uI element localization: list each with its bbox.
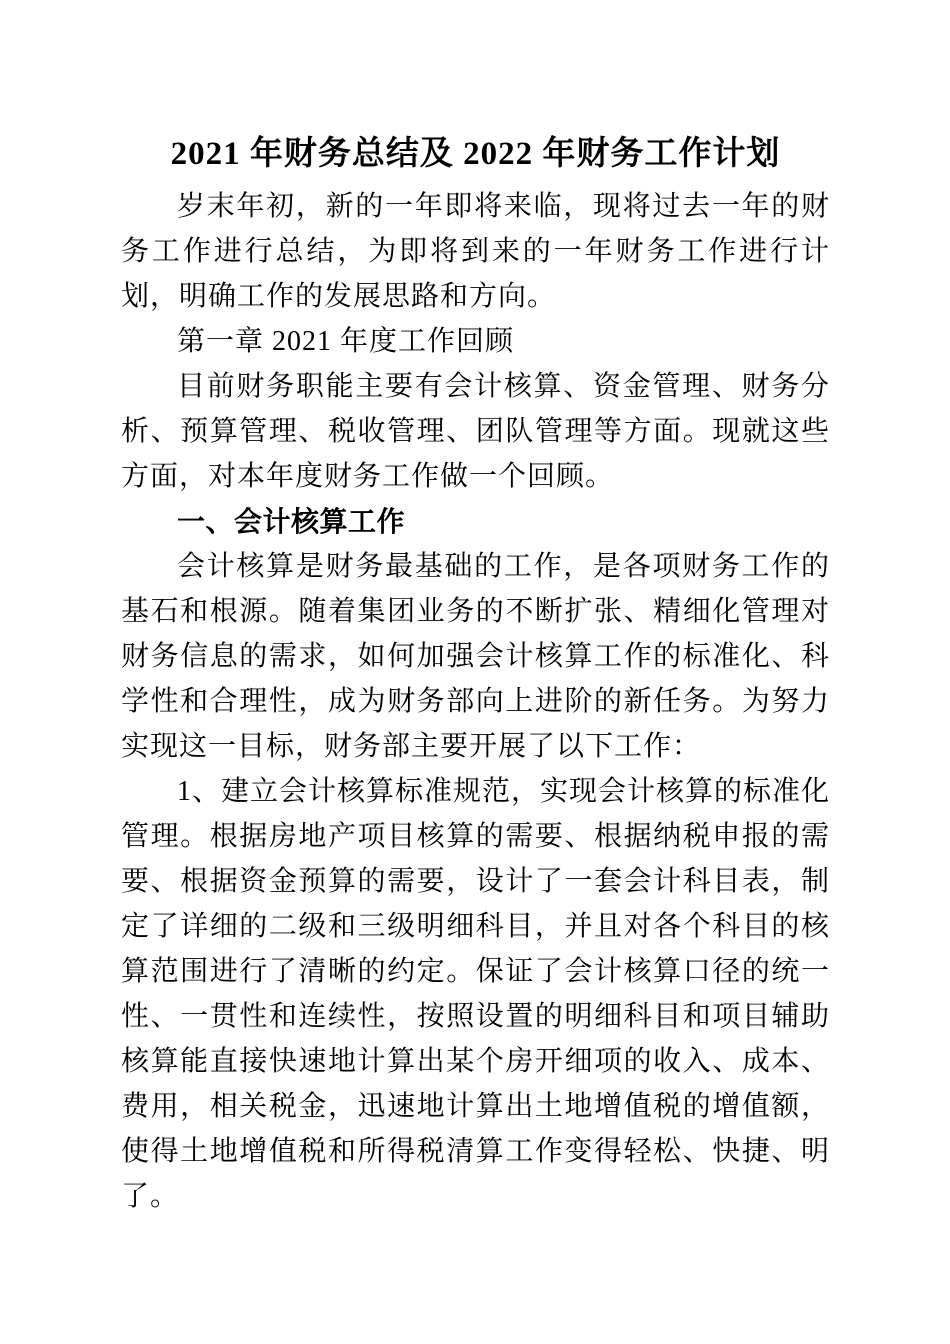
- page-title: 2021 年财务总结及 2022 年财务工作计划: [121, 130, 830, 178]
- paragraph-accounting-intro: 会计核算是财务最基础的工作，是各项财务工作的基石和根源。随着集团业务的不断扩张、…: [121, 544, 830, 769]
- section-heading-accounting: 一、会计核算工作: [121, 499, 830, 544]
- paragraph-accounting-item1: 1、建立会计核算标准规范，实现会计核算的标准化管理。根据房地产项目核算的需要、根…: [121, 769, 830, 1219]
- paragraph-intro: 岁末年初，新的一年即将来临，现将过去一年的财务工作进行总结，为即将到来的一年财务…: [121, 184, 830, 319]
- document-page: 2021 年财务总结及 2022 年财务工作计划 岁末年初，新的一年即将来临，现…: [0, 0, 950, 1344]
- chapter-heading: 第一章 2021 年度工作回顾: [121, 319, 830, 364]
- paragraph-overview: 目前财务职能主要有会计核算、资金管理、财务分析、预算管理、税收管理、团队管理等方…: [121, 364, 830, 499]
